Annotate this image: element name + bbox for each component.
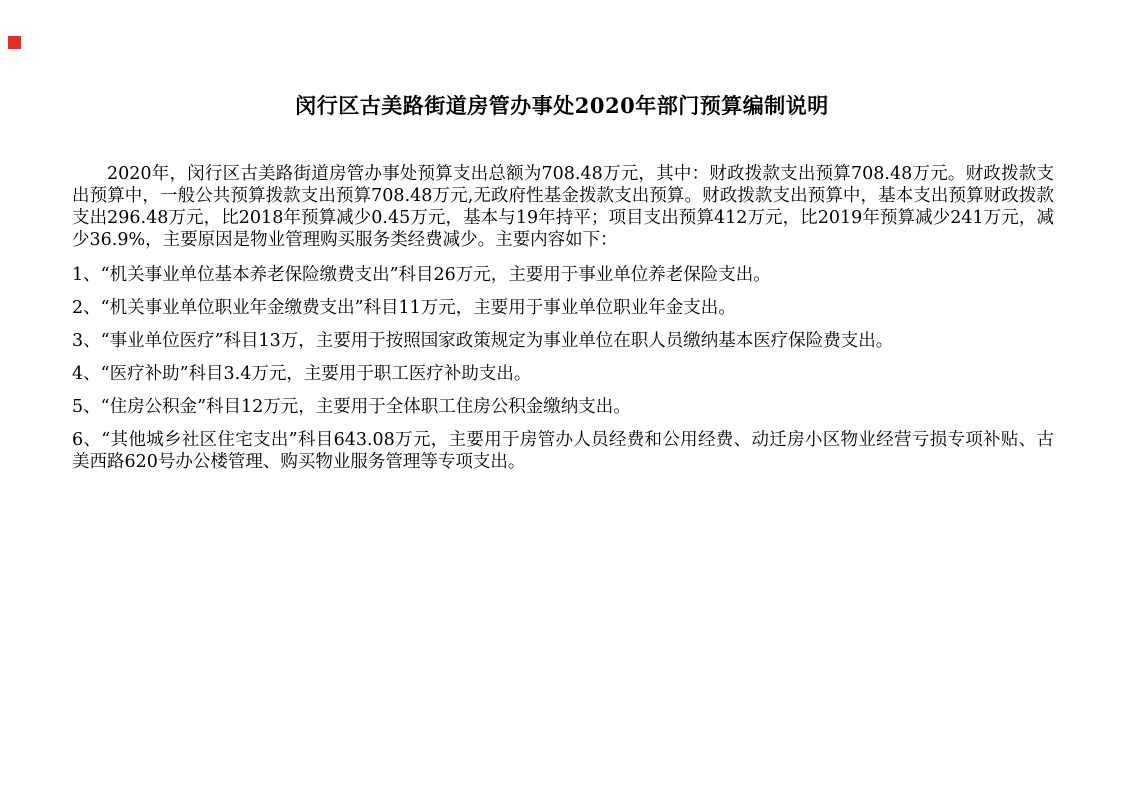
document-title: 闵行区古美路街道房管办事处2020年部门预算编制说明 [72, 93, 1052, 119]
document-body: 2020年，闵行区古美路街道房管办事处预算支出总额为708.48万元，其中：财政… [72, 163, 1054, 473]
list-item-6: 6、“其他城乡社区住宅支出”科目643.08万元，主要用于房管办人员经费和公用经… [72, 429, 1054, 473]
list-item-4: 4、“医疗补助”科目3.4万元，主要用于职工医疗补助支出。 [72, 363, 1054, 385]
red-corner-marker [8, 36, 21, 49]
list-item-5: 5、“住房公积金”科目12万元，主要用于全体职工住房公积金缴纳支出。 [72, 396, 1054, 418]
list-item-1: 1、“机关事业单位基本养老保险缴费支出”科目26万元，主要用于事业单位养老保险支… [72, 264, 1054, 286]
list-item-3: 3、“事业单位医疗”科目13万，主要用于按照国家政策规定为事业单位在职人员缴纳基… [72, 330, 1054, 352]
intro-paragraph: 2020年，闵行区古美路街道房管办事处预算支出总额为708.48万元，其中：财政… [72, 163, 1054, 251]
document-page: 闵行区古美路街道房管办事处2020年部门预算编制说明 2020年，闵行区古美路街… [0, 0, 1122, 793]
list-item-2: 2、“机关事业单位职业年金缴费支出”科目11万元，主要用于事业单位职业年金支出。 [72, 297, 1054, 319]
